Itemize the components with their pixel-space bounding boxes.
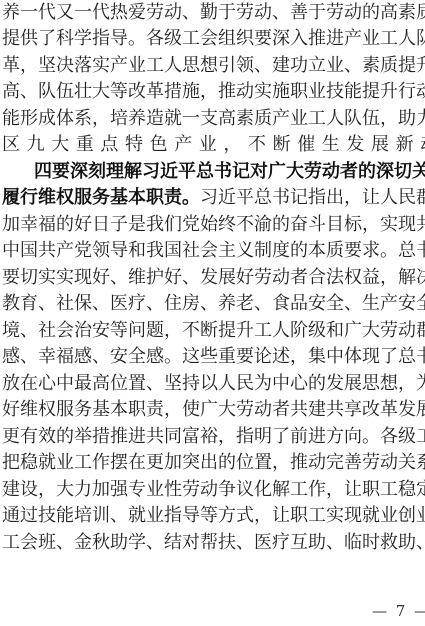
paragraph-line: 中国共产党领导和我国社会主义制度的本质要求。总书记强调， <box>2 238 423 264</box>
section-heading-tail: 履行维权服务基本职责。 <box>2 187 200 208</box>
paragraph-line: 革，坚决落实产业工人思想引领、建功立业、素质提升、地位提 <box>2 53 423 79</box>
paragraph-line: 加幸福的好日子是我们党始终不渝的奋斗目标，实现共同富裕是 <box>2 212 423 238</box>
paragraph-line: 提供了科学指导。各级工会组织要深入推进产业工人队伍建设改 <box>2 26 423 52</box>
paragraph-line: 要切实实现好、维护好、发展好劳动者合法权益，解决好就业、 <box>2 265 423 291</box>
section-heading-line-2: 履行维权服务基本职责。习近平总书记指出，让人民群众过上更 <box>2 185 423 211</box>
paragraph-line: 建设，大力加强专业性劳动争议化解工作，让职工稳定工作岗位； <box>2 477 423 503</box>
paragraph-line: 高、队伍壮大等改革措施，推动实施职业技能提升行动，构建技 <box>2 79 423 105</box>
paragraph-line: 养一代又一代热爱劳动、勤于劳动、善于劳动的高素质劳动者， <box>2 0 423 26</box>
page-number: — 7 — <box>372 600 420 622</box>
paragraph-line: 好维权服务基本职责，使广大劳动者共建共享改革发展成果，以 <box>2 397 423 423</box>
paragraph-line: 工会班、金秋助学、结对帮扶、医疗互助、临时救助、常态化送 <box>2 530 423 556</box>
paragraph-line: 更有效的举措推进共同富裕，指明了前进方向。各级工会组织要 <box>2 424 423 450</box>
paragraph-line: 感、幸福感、安全感。这些重要论述，集中体现了总书记把人民 <box>2 344 423 370</box>
paragraph-line: 区九大重点特色产业，不断催生发展新动能。 <box>2 132 423 158</box>
paragraph-line: 能形成体系，培养造就一支高素质产业工人队伍，助力发展好我 <box>2 106 423 132</box>
paragraph-line: 把稳就业工作摆在更加突出的位置，推动完善劳动关系三方机制 <box>2 450 423 476</box>
paragraph-line: 放在心中最高位置、坚持以人民为中心的发展思想，为工会履行 <box>2 371 423 397</box>
section-heading: 四要深刻理解习近平总书记对广大劳动者的深切关怀，扎实 <box>34 159 423 185</box>
document-page: 养一代又一代热爱劳动、勤于劳动、善于劳动的高素质劳动者， 提供了科学指导。各级工… <box>0 0 425 626</box>
paragraph-text: 习近平总书记指出，让人民群众过上更 <box>200 187 425 208</box>
paragraph-line: 教育、社保、医疗、住房、养老、食品安全、生产安全、生态环 <box>2 291 423 317</box>
paragraph-line: 通过技能培训、就业指导等方式，让职工实现就业创业。要推动 <box>2 503 423 529</box>
paragraph-line: 境、社会治安等问题，不断提升工人阶级和广大劳动群众的获得 <box>2 318 423 344</box>
